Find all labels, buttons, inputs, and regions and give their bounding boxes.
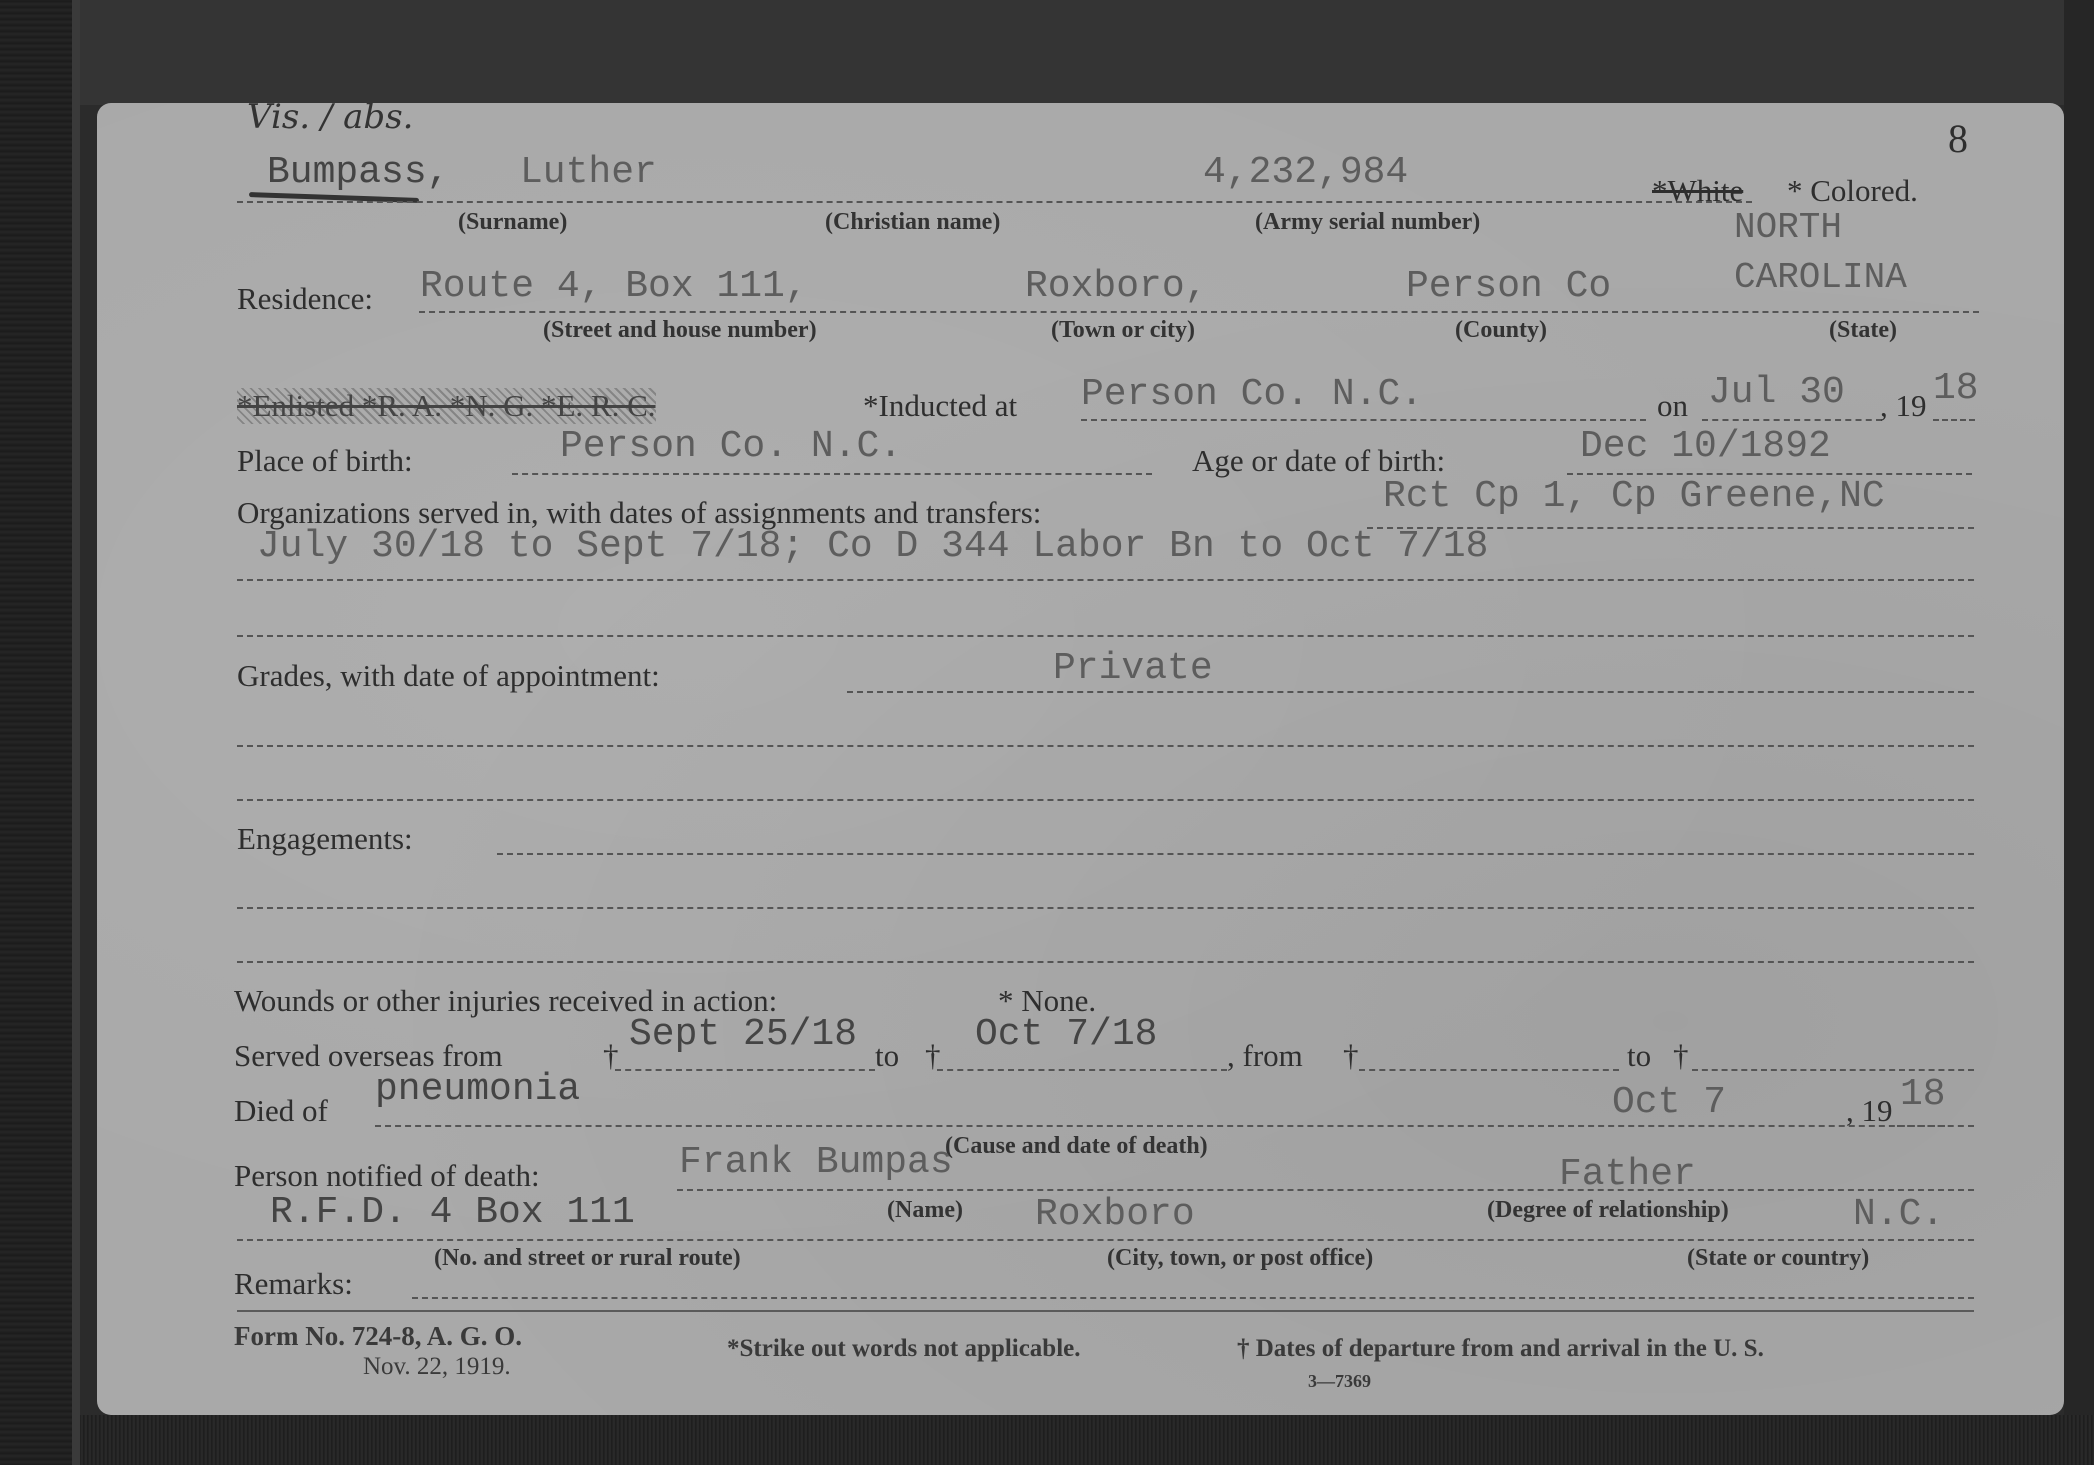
birth-place-value: Person Co. N.C. xyxy=(560,425,902,468)
death-caption: (Cause and date of death) xyxy=(945,1133,1208,1160)
state-line1-value: NORTH xyxy=(1734,207,1842,248)
death-date-value: Oct 7 xyxy=(1612,1081,1726,1124)
induction-year-value: 18 xyxy=(1933,367,1979,410)
dates-note: † Dates of departure from and arrival in… xyxy=(1237,1335,1764,1363)
address-caption: (No. and street or rural route) xyxy=(434,1245,741,1272)
organizations-line2-value: July 30/18 to Sept 7/18; Co D 344 Labor … xyxy=(257,525,1488,568)
overseas-to1-value: Oct 7/18 xyxy=(975,1013,1157,1056)
notified-name-value: Frank Bumpas xyxy=(679,1141,953,1184)
remarks-label: Remarks: xyxy=(234,1266,353,1302)
engagements-line1 xyxy=(497,853,1974,855)
notified-line1 xyxy=(677,1189,1974,1191)
form-date: Nov. 22, 1919. xyxy=(363,1353,511,1381)
overseas-from1-line xyxy=(615,1069,875,1071)
surname-caption: (Surname) xyxy=(458,209,567,236)
print-code: 3—7369 xyxy=(1308,1371,1371,1392)
overseas-from2-label: , from xyxy=(1227,1038,1303,1074)
background-top xyxy=(80,0,2094,105)
background-bottom xyxy=(80,1415,2094,1465)
death-cause-value: pneumonia xyxy=(375,1068,580,1111)
death-year-value: 18 xyxy=(1900,1073,1946,1116)
induction-date-value: Jul 30 xyxy=(1708,371,1845,414)
engagements-line2 xyxy=(237,907,1974,909)
induction-date-line xyxy=(1702,419,1882,421)
city-caption: (City, town, or post office) xyxy=(1107,1245,1373,1272)
notified-address-value: R.F.D. 4 Box 111 xyxy=(270,1191,635,1234)
surname-value: Bumpass, xyxy=(267,151,449,194)
residence-town-value: Roxboro, xyxy=(1025,265,1207,308)
residence-label: Residence: xyxy=(237,281,373,317)
state-line2-value: CAROLINA xyxy=(1734,257,1907,298)
inducted-at-line xyxy=(1081,419,1646,421)
birth-place-label: Place of birth: xyxy=(237,443,413,479)
race-colored: * Colored. xyxy=(1787,173,1918,209)
relationship-caption: (Degree of relationship) xyxy=(1487,1197,1729,1224)
engagements-label: Engagements: xyxy=(237,821,413,857)
on-label: on xyxy=(1657,388,1688,424)
overseas-to-label: to xyxy=(875,1038,899,1074)
town-caption: (Town or city) xyxy=(1051,317,1195,344)
overseas-to2-label: to xyxy=(1627,1038,1651,1074)
enlistment-options-struck: *Enlisted *R. A. *N. G. *E. R. C. xyxy=(237,388,656,424)
strike-note: *Strike out words not applicable. xyxy=(727,1335,1081,1363)
birth-date-label: Age or date of birth: xyxy=(1192,443,1445,479)
notified-city-value: Roxboro xyxy=(1035,1193,1195,1236)
state-caption: (State) xyxy=(1829,317,1897,344)
grades-line1 xyxy=(847,691,1974,693)
street-caption: (Street and house number) xyxy=(543,317,817,344)
overseas-from1-value: Sept 25/18 xyxy=(629,1013,857,1056)
card-number: 8 xyxy=(1948,115,1968,162)
christian-name-value: Luther xyxy=(520,151,657,194)
form-number: Form No. 724-8, A. G. O. xyxy=(234,1321,522,1352)
service-record-card: 8 Vis. / abs. Bumpass, Luther 4,232,984 … xyxy=(97,103,2064,1415)
grades-line2 xyxy=(237,745,1974,747)
engagements-line3 xyxy=(237,961,1974,963)
state-country-caption: (State or country) xyxy=(1687,1245,1869,1272)
christian-name-caption: (Christian name) xyxy=(825,209,1000,236)
induction-year-prefix: , 19 xyxy=(1880,388,1927,424)
overseas-from2-line xyxy=(1359,1069,1619,1071)
notified-state-value: N.C. xyxy=(1853,1193,1944,1236)
residence-line xyxy=(419,311,1979,313)
organizations-line3 xyxy=(237,635,1974,637)
induction-year-line xyxy=(1933,419,1975,421)
death-line xyxy=(375,1125,1945,1127)
organizations-line1-value: Rct Cp 1, Cp Greene,NC xyxy=(1383,475,1885,518)
footer-divider xyxy=(237,1310,1974,1312)
notified-line2 xyxy=(237,1239,1974,1241)
binder-edge xyxy=(72,0,80,1465)
background-right xyxy=(2064,0,2094,1465)
county-caption: (County) xyxy=(1455,317,1547,344)
residence-county-value: Person Co xyxy=(1406,265,1611,308)
notified-label: Person notified of death: xyxy=(234,1158,540,1194)
name-line xyxy=(237,201,1752,203)
remarks-line xyxy=(412,1297,1974,1299)
serial-number-value: 4,232,984 xyxy=(1203,151,1408,194)
serial-number-caption: (Army serial number) xyxy=(1255,209,1480,236)
grades-line3 xyxy=(237,799,1974,801)
died-of-label: Died of xyxy=(234,1093,328,1129)
residence-street-value: Route 4, Box 111, xyxy=(420,265,808,308)
race-white-struck: *White xyxy=(1652,173,1743,209)
inducted-at-label: *Inducted at xyxy=(863,388,1017,424)
overseas-to1-line xyxy=(937,1069,1227,1071)
grades-label: Grades, with date of appointment: xyxy=(237,658,660,694)
name-caption: (Name) xyxy=(887,1197,963,1224)
organizations-line2 xyxy=(237,579,1974,581)
overseas-to2-line xyxy=(1692,1069,1974,1071)
birth-date-value: Dec 10/1892 xyxy=(1580,425,1831,468)
handwritten-note: Vis. / abs. xyxy=(247,97,413,137)
birth-place-line xyxy=(512,473,1152,475)
grades-value: Private xyxy=(1053,647,1213,690)
binder-spine xyxy=(0,0,80,1465)
death-year-prefix: , 19 xyxy=(1846,1093,1893,1129)
inducted-at-value: Person Co. N.C. xyxy=(1081,373,1423,416)
dagger-3: † xyxy=(1343,1038,1359,1074)
death-year-line xyxy=(1897,1125,1974,1127)
dagger-4: † xyxy=(1673,1038,1689,1074)
